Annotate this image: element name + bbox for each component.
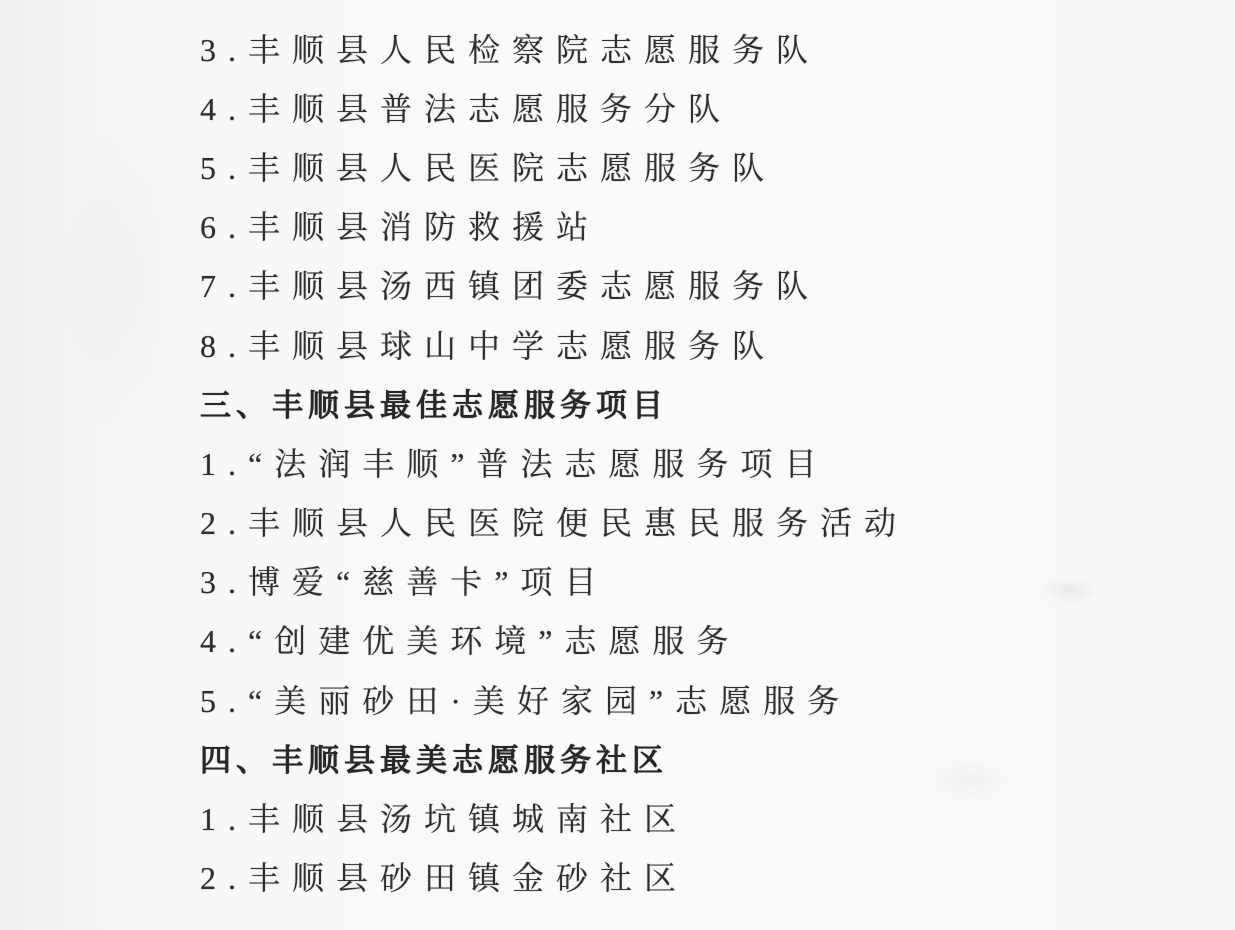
document-line: 7.丰顺县汤西镇团委志愿服务队 [200, 255, 1215, 314]
document-line: 1.“法润丰顺”普法志愿服务项目 [200, 432, 1215, 491]
document-line: 6.丰顺县消防救援站 [200, 196, 1215, 255]
document-line-text: 3.博爱“慈善卡”项目 [200, 557, 608, 603]
document-line: 5.丰顺县人民医院志愿服务队 [200, 136, 1215, 195]
document-line: 3.丰顺县人民检察院志愿服务队 [200, 18, 1215, 77]
document-line-text: 1.“法润丰顺”普法志愿服务项目 [200, 439, 828, 485]
document-line: 4.“创建优美环境”志愿服务 [200, 610, 1215, 669]
document-line-text: 3.丰顺县人民检察院志愿服务队 [200, 25, 820, 71]
document-line: 1.丰顺县汤坑镇城南社区 [200, 787, 1215, 846]
document-line-text: 5.丰顺县人民医院志愿服务队 [200, 143, 776, 189]
document-text-block: 3.丰顺县人民检察院志愿服务队 4.丰顺县普法志愿服务分队 5.丰顺县人民医院志… [0, 0, 1235, 906]
document-line-text: 4.丰顺县普法志愿服务分队 [200, 84, 732, 130]
document-line: 四、丰顺县最美志愿服务社区 [200, 728, 1215, 787]
document-line: 3.博爱“慈善卡”项目 [200, 551, 1215, 610]
document-line: 8.丰顺县球山中学志愿服务队 [200, 314, 1215, 373]
document-line-text: 6.丰顺县消防救援站 [200, 202, 600, 248]
document-line: 2.丰顺县人民医院便民惠民服务活动 [200, 492, 1215, 551]
document-line: 4.丰顺县普法志愿服务分队 [200, 77, 1215, 136]
document-line: 5.“美丽砂田·美好家园”志愿服务 [200, 669, 1215, 728]
document-line-text: 4.“创建优美环境”志愿服务 [200, 616, 740, 662]
document-line-text: 1.丰顺县汤坑镇城南社区 [200, 794, 688, 840]
document-line-text: 5.“美丽砂田·美好家园”志愿服务 [200, 676, 851, 722]
document-line-text: 三、丰顺县最佳志愿服务项目 [200, 380, 668, 425]
document-line-text: 7.丰顺县汤西镇团委志愿服务队 [200, 261, 820, 307]
document-line: 三、丰顺县最佳志愿服务项目 [200, 373, 1215, 432]
document-line-text: 8.丰顺县球山中学志愿服务队 [200, 321, 776, 367]
document-line-text: 2.丰顺县人民医院便民惠民服务活动 [200, 498, 908, 544]
document-line-text: 2.丰顺县砂田镇金砂社区 [200, 853, 688, 899]
scanned-document-page: 3.丰顺县人民检察院志愿服务队 4.丰顺县普法志愿服务分队 5.丰顺县人民医院志… [0, 0, 1235, 930]
document-line: 2.丰顺县砂田镇金砂社区 [200, 847, 1215, 906]
document-line-text: 四、丰顺县最美志愿服务社区 [200, 735, 668, 780]
